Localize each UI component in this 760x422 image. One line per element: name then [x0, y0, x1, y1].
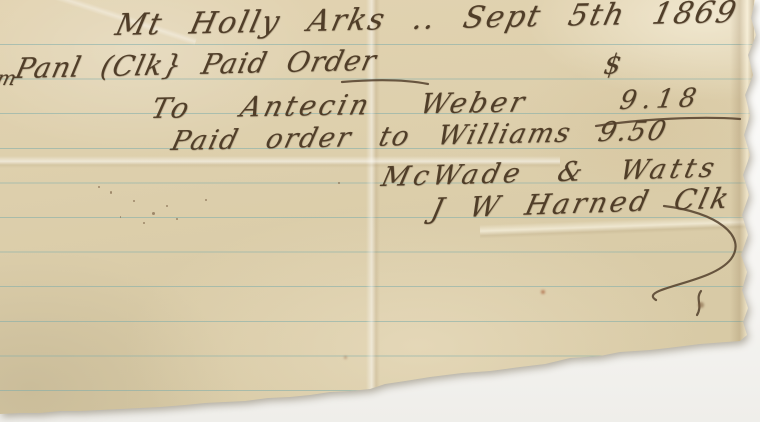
ink-speck	[120, 216, 121, 218]
ink-speck	[98, 186, 100, 188]
brown-stain-spot	[698, 302, 704, 308]
ink-speck	[152, 212, 155, 215]
handwriting-place-date: Mt Holly Arks .. Sept 5th 1869	[112, 0, 741, 43]
scanned-document: Mt Holly Arks .. Sept 5th 1869 m Panl (C…	[0, 0, 760, 422]
ink-speck	[133, 200, 135, 202]
ink-speck	[176, 218, 178, 220]
signature-flourish	[653, 206, 736, 300]
faint-stain	[344, 356, 347, 359]
torn-right-edge	[730, 0, 754, 345]
ink-speck	[143, 222, 145, 224]
ink-speck	[166, 205, 168, 207]
handwriting-amount-918: 9.18	[617, 83, 704, 116]
handwriting-dollar-mark: $	[602, 49, 624, 82]
red-stain-spot	[541, 290, 545, 294]
handwriting-paid-order: Panl (Clk} Paid Order	[12, 44, 380, 85]
paper-shadow: Mt Holly Arks .. Sept 5th 1869 m Panl (C…	[0, 0, 760, 422]
ink-speck	[205, 199, 207, 201]
paper-sheet: Mt Holly Arks .. Sept 5th 1869 m Panl (C…	[0, 0, 760, 422]
ink-speck	[338, 182, 340, 184]
ink-speck	[110, 191, 112, 194]
order-dash-stroke	[342, 80, 428, 84]
